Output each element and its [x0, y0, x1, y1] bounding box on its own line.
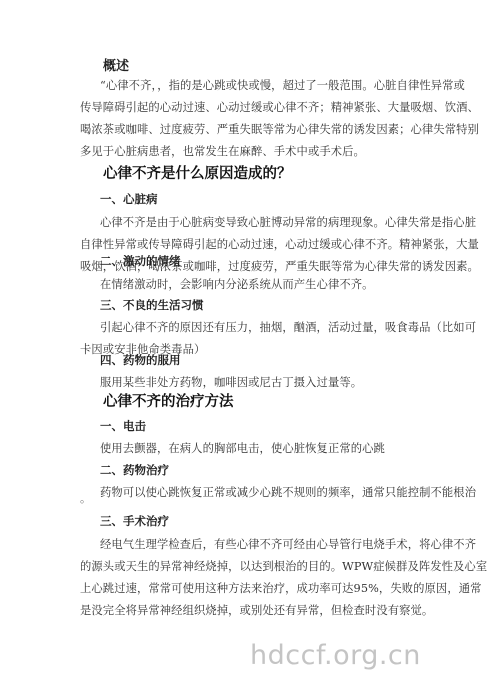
overview-line: 喝浓茶或咖啡、过度疲劳、严重失眠等常为心律失常的诱发因素；心律失常特别	[80, 121, 425, 137]
cause-line: 在情绪激动时，会影响内分泌系统从而产生心律不齐。	[100, 276, 445, 292]
cause-line: 引起心律不齐的原因还有压力，抽烟，酗酒，活动过量，吸食毒品（比如可	[100, 319, 445, 335]
treatment-title: 一、电击	[100, 418, 146, 434]
treatment-line: 上心跳过速，常常可使用这种方法来治疗，成功率可达95%，失败的原因，通常	[80, 580, 425, 596]
causes-heading: 心律不齐是什么原因造成的？	[103, 162, 292, 183]
overview-line: 多见于心脏病患者，也常发生在麻醉、手术中或手术后。	[80, 143, 425, 159]
overview-line: “心律不齐，，指的是心跳或快或慢，超过了一般范围。心脏自律性异常或	[100, 77, 445, 93]
treatment-line: 。	[80, 490, 91, 506]
treatment-title: 三、手术治疗	[100, 513, 169, 529]
cause-title: 四、药物的服用	[100, 352, 181, 368]
overview-line: 传导障碍引起的心动过速、心动过缓或心律不齐；精神紧张、大量吸烟、饮酒、	[80, 99, 425, 115]
treatment-title: 二、药物治疗	[100, 462, 169, 478]
treatment-line: 经电气生理学检查后，有些心律不齐可经由心导管行电烧手术，将心律不齐	[100, 536, 445, 552]
cause-line: 心律不齐是由于心脏病变导致心脏博动异常的病理现象。心律失常是指心脏	[100, 214, 445, 230]
treatment-line: 是没完全将异常神经组织烧掉，或别处还有异常，但检查时没有察觉。	[80, 602, 425, 618]
cause-line: 服用某些非处方药物，咖啡因或尼古丁摄入过量等。	[100, 374, 445, 390]
cause-title: 一、心脏病	[100, 191, 158, 207]
cause-title: 二、激动的情绪	[100, 253, 181, 269]
treatment-line: 药物可以使心跳恢复正常或减少心跳不规则的频率，通常只能控制不能根治	[100, 484, 445, 500]
watermark: hdccf.org.cn	[250, 640, 421, 671]
document-page: 概述 “心律不齐，，指的是心跳或快或慢，超过了一般范围。心脏自律性异常或 传导障…	[0, 0, 500, 693]
overview-heading: 概述	[103, 55, 129, 74]
treatment-line: 的源头或天生的异常神经烧掉，以达到根治的目的。WPW症候群及阵发性及心室	[80, 558, 425, 574]
cause-title: 三、不良的生活习惯	[100, 297, 204, 313]
treatment-heading: 心律不齐的治疗方法	[103, 390, 234, 411]
cause-line: 自律性异常或传导障碍引起的心动过速，心动过缓或心律不齐。精神紧张，大量	[80, 236, 425, 252]
treatment-line: 使用去颤器，在病人的胸部电击，使心脏恢复正常的心跳	[100, 440, 445, 456]
